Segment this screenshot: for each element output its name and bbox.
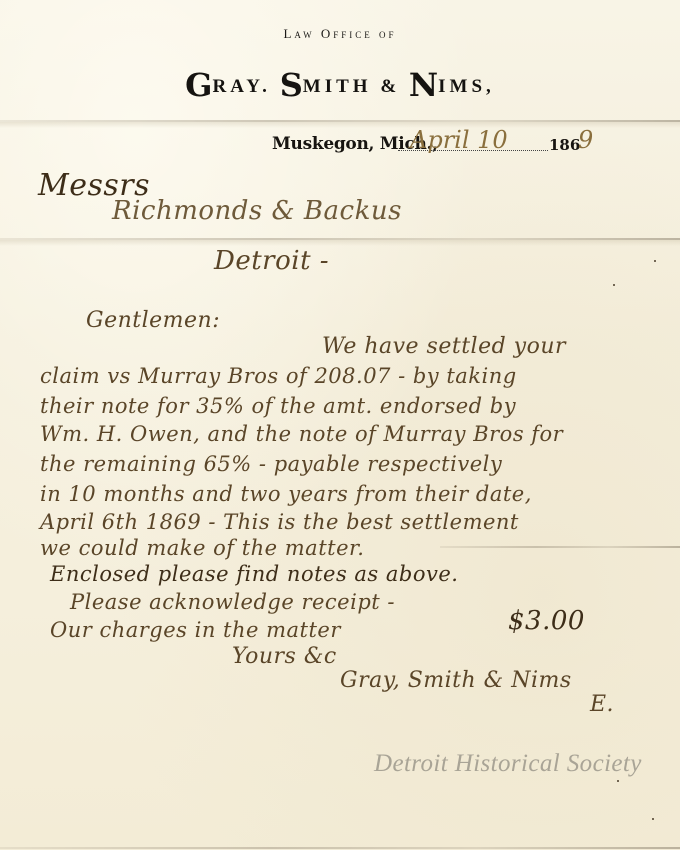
paper-fold-line	[440, 546, 680, 548]
paper-speck	[654, 260, 656, 262]
letterhead-firm-name: GRAY. SMITH & NIMS,	[0, 66, 680, 104]
paper-bottom-edge	[0, 847, 680, 849]
paper-speck	[617, 780, 619, 782]
firm-initial-s: S	[280, 66, 303, 104]
greeting: Gentlemen:	[86, 308, 220, 333]
signature-initial: E.	[590, 692, 614, 717]
paper-fold-shadow	[0, 240, 680, 246]
date-handwritten: April 10	[410, 126, 508, 154]
closing: Yours &c	[232, 644, 337, 669]
paper-speck	[652, 818, 654, 820]
watermark-detroit-historical-society: Detroit Historical Society	[374, 750, 642, 778]
paper-speck	[613, 284, 615, 286]
body-line: in 10 months and two years from their da…	[40, 482, 532, 506]
body-line: Please acknowledge receipt -	[70, 590, 395, 614]
body-line: claim vs Murray Bros of 208.07 - by taki…	[40, 364, 517, 388]
firm-name-part: IMS,	[438, 76, 495, 97]
firm-initial-g: G	[185, 66, 212, 104]
charge-amount: $3.00	[508, 606, 585, 636]
firm-name-part: MITH &	[303, 76, 400, 97]
body-line: the remaining 65% - payable respectively	[40, 452, 502, 476]
signature: Gray, Smith & Nims	[340, 668, 572, 693]
recipient-name: Richmonds & Backus	[112, 196, 402, 226]
firm-initial-n: N	[409, 66, 438, 104]
body-line: their note for 35% of the amt. endorsed …	[40, 394, 516, 418]
letter-page: Law Office of GRAY. SMITH & NIMS, Muskeg…	[0, 0, 680, 850]
year-printed: 186	[549, 136, 580, 154]
recipient-city: Detroit -	[214, 246, 329, 276]
body-line: Our charges in the matter	[50, 618, 341, 642]
body-line: We have settled your	[322, 334, 566, 359]
year-handwritten: 9	[578, 126, 593, 154]
letterhead-title: Law Office of	[0, 26, 680, 42]
body-line: we could make of the matter.	[40, 536, 364, 560]
dateline: Muskegon, Mich., April 10 186 9	[270, 128, 600, 164]
body-line: Enclosed please find notes as above.	[50, 562, 458, 586]
firm-name-part: RAY.	[213, 76, 271, 97]
body-line: Wm. H. Owen, and the note of Murray Bros…	[40, 422, 563, 446]
body-line: April 6th 1869 - This is the best settle…	[40, 510, 519, 534]
